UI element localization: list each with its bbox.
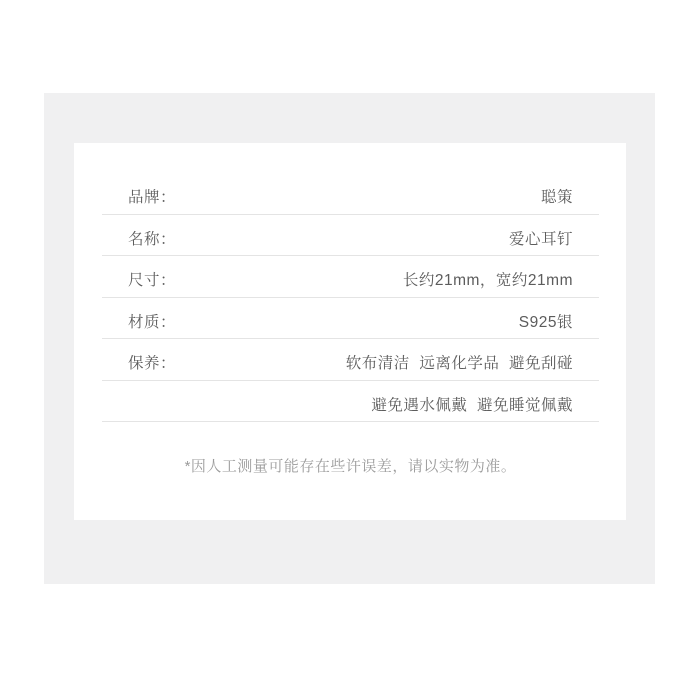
spec-row-care-2: 避免遇水佩戴 避免睡觉佩戴 [102,381,599,423]
product-info-panel: 品牌： 聪策 名称： 爱心耳钉 尺寸： 长约21mm，宽约21mm 材质： S9… [44,93,655,584]
spec-label-size: 尺寸： [128,268,176,290]
spec-value-name: 爱心耳钉 [176,227,573,249]
spec-label-care: 保养： [128,351,176,373]
measurement-disclaimer: *因人工测量可能存在些许误差，请以实物为准。 [102,455,599,476]
spec-row-name: 名称： 爱心耳钉 [102,215,599,257]
spec-row-size: 尺寸： 长约21mm，宽约21mm [102,256,599,298]
spec-value-care-2: 避免遇水佩戴 避免睡觉佩戴 [128,393,573,415]
spec-label-material: 材质： [128,310,176,332]
spec-value-brand: 聪策 [176,185,573,207]
spec-label-brand: 品牌： [128,185,176,207]
spec-value-care: 软布清洁 远离化学品 避免刮碰 [176,351,573,373]
spec-table: 品牌： 聪策 名称： 爱心耳钉 尺寸： 长约21mm，宽约21mm 材质： S9… [102,173,599,422]
spec-row-care: 保养： 软布清洁 远离化学品 避免刮碰 [102,339,599,381]
spec-card: 品牌： 聪策 名称： 爱心耳钉 尺寸： 长约21mm，宽约21mm 材质： S9… [74,143,626,520]
spec-row-material: 材质： S925银 [102,298,599,340]
spec-value-material: S925银 [176,310,573,332]
spec-value-size: 长约21mm，宽约21mm [176,268,573,290]
spec-label-name: 名称： [128,227,176,249]
spec-row-brand: 品牌： 聪策 [102,173,599,215]
